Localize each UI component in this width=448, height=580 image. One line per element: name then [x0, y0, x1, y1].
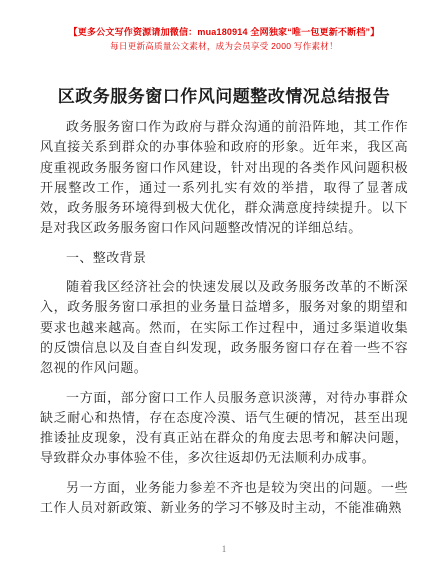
- promo-banner: 【更多公文写作资源请加微信：mua180914 全网独家“唯一包更新不断档”】 …: [40, 26, 408, 52]
- page-number: 1: [0, 544, 448, 554]
- document-body: 政务服务窗口作为政府与群众沟通的前沿阵地，其工作作风直接关系到群众的办事体验和政…: [40, 117, 408, 518]
- paragraph-problem-skill-gap: 另一方面，业务能力参差不齐也是较为突出的问题。一些工作人员对新政策、新业务的学习…: [40, 478, 408, 519]
- paragraph-background: 随着我区经济社会的快速发展以及政务服务改革的不断深入，政务服务窗口承担的业务量日…: [40, 277, 408, 378]
- promo-line-2: 每日更新高质量公文素材，成为会员享受 2000 写作素材！: [40, 40, 408, 52]
- paragraph-problem-service-attitude: 一方面，部分窗口工作人员服务意识淡薄，对待办事群众缺乏耐心和热情，存在态度冷漠、…: [40, 388, 408, 469]
- document-page: 【更多公文写作资源请加微信：mua180914 全网独家“唯一包更新不断档”】 …: [0, 0, 448, 580]
- document-title: 区政务服务窗口作风问题整改情况总结报告: [40, 82, 408, 107]
- promo-line-1: 【更多公文写作资源请加微信：mua180914 全网独家“唯一包更新不断档”】: [40, 26, 408, 38]
- paragraph-intro: 政务服务窗口作为政府与群众沟通的前沿阵地，其工作作风直接关系到群众的办事体验和政…: [40, 117, 408, 239]
- section-heading-background: 一、整改背景: [40, 248, 408, 268]
